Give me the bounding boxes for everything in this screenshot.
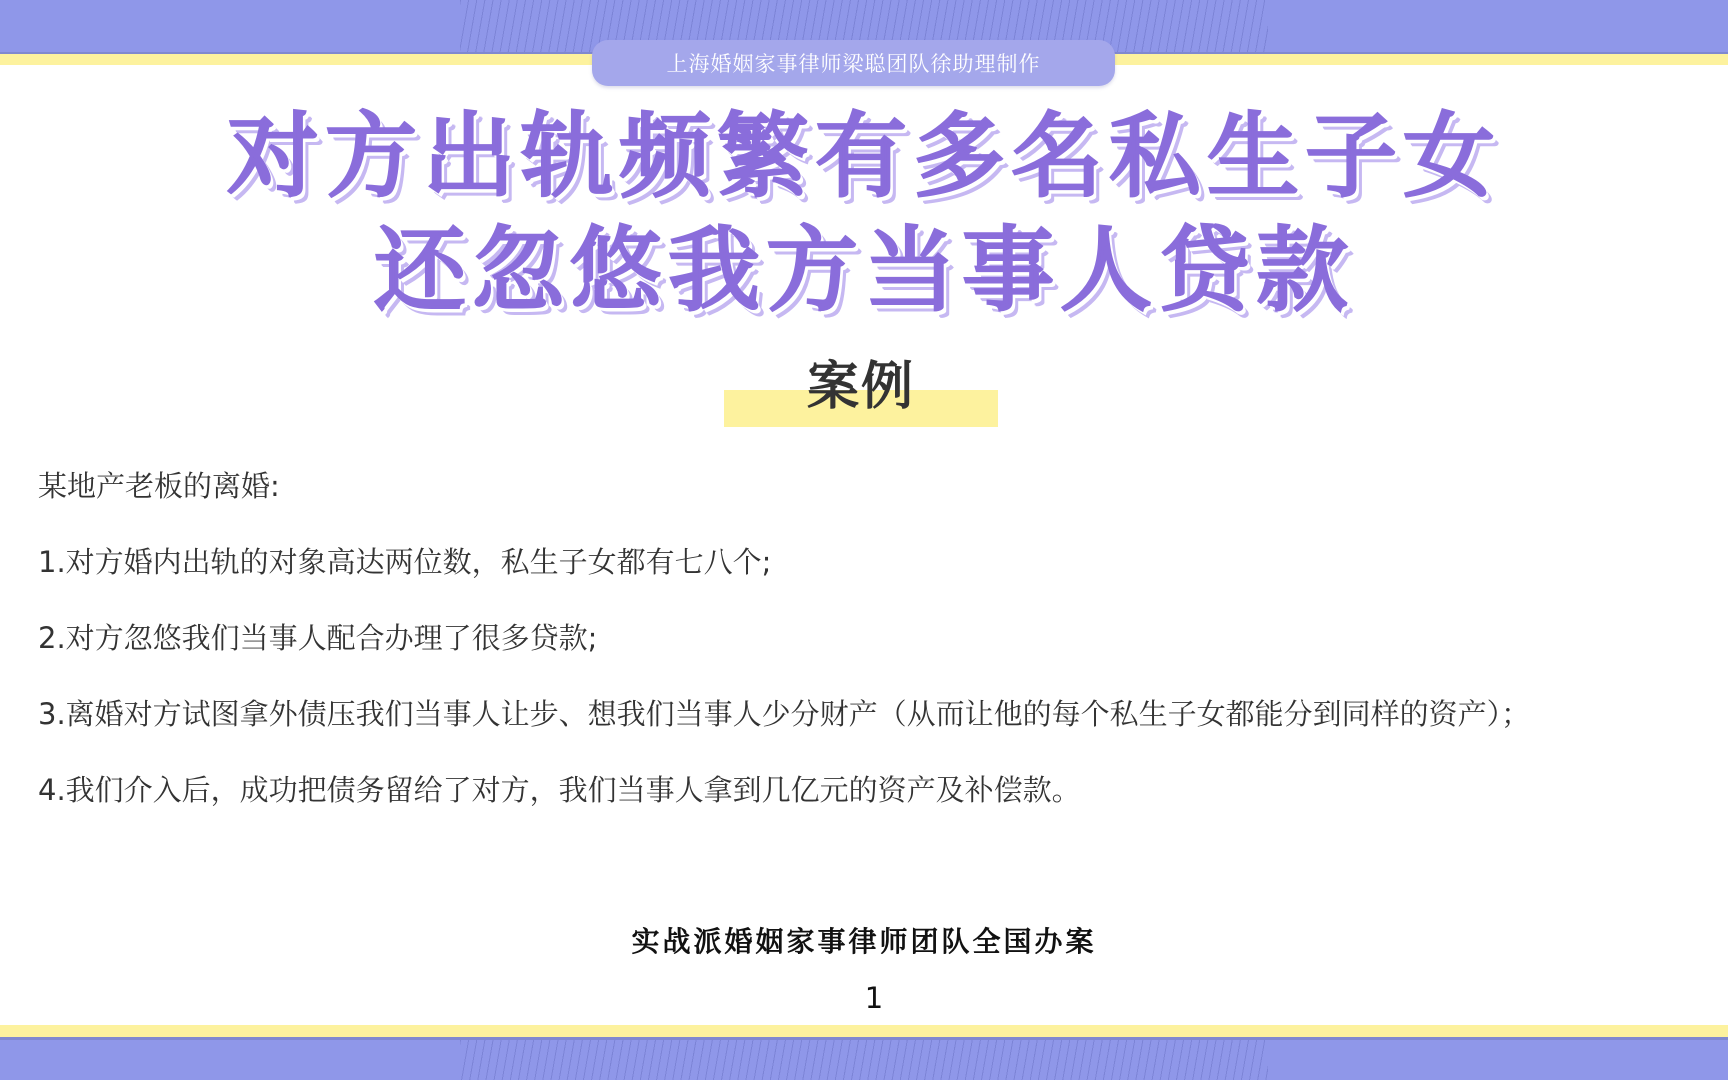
- case-intro: 某地产老板的离婚:: [38, 467, 1653, 505]
- stripe-pattern: [460, 1040, 1268, 1080]
- case-description: 某地产老板的离婚: 1.对方婚内出轨的对象高达两位数，私生子女都有七八个; 2.…: [38, 467, 1653, 847]
- page-title: 对方出轨频繁有多名私生子女 还忽悠我方当事人贷款: [0, 100, 1728, 328]
- title-line-1: 对方出轨频繁有多名私生子女: [0, 100, 1728, 214]
- case-point-1: 1.对方婚内出轨的对象高达两位数，私生子女都有七八个;: [38, 543, 1653, 581]
- credit-text: 上海婚姻家事律师梁聪团队徐助理制作: [667, 48, 1041, 78]
- credit-badge: 上海婚姻家事律师梁聪团队徐助理制作: [592, 40, 1115, 86]
- page-number: 1: [0, 978, 1728, 1018]
- bottom-yellow-stripe: [0, 1025, 1728, 1037]
- footer-slogan: 实战派婚姻家事律师团队全国办案: [0, 922, 1728, 962]
- title-line-2: 还忽悠我方当事人贷款: [0, 214, 1728, 328]
- case-point-2: 2.对方忽悠我们当事人配合办理了很多贷款;: [38, 619, 1653, 657]
- case-point-3: 3.离婚对方试图拿外债压我们当事人让步、想我们当事人少分财产（从而让他的每个私生…: [38, 695, 1653, 733]
- case-point-4: 4.我们介入后，成功把债务留给了对方，我们当事人拿到几亿元的资产及补偿款。: [38, 771, 1653, 809]
- bottom-decorative-band: [0, 1040, 1728, 1080]
- section-heading: 案例: [724, 352, 998, 422]
